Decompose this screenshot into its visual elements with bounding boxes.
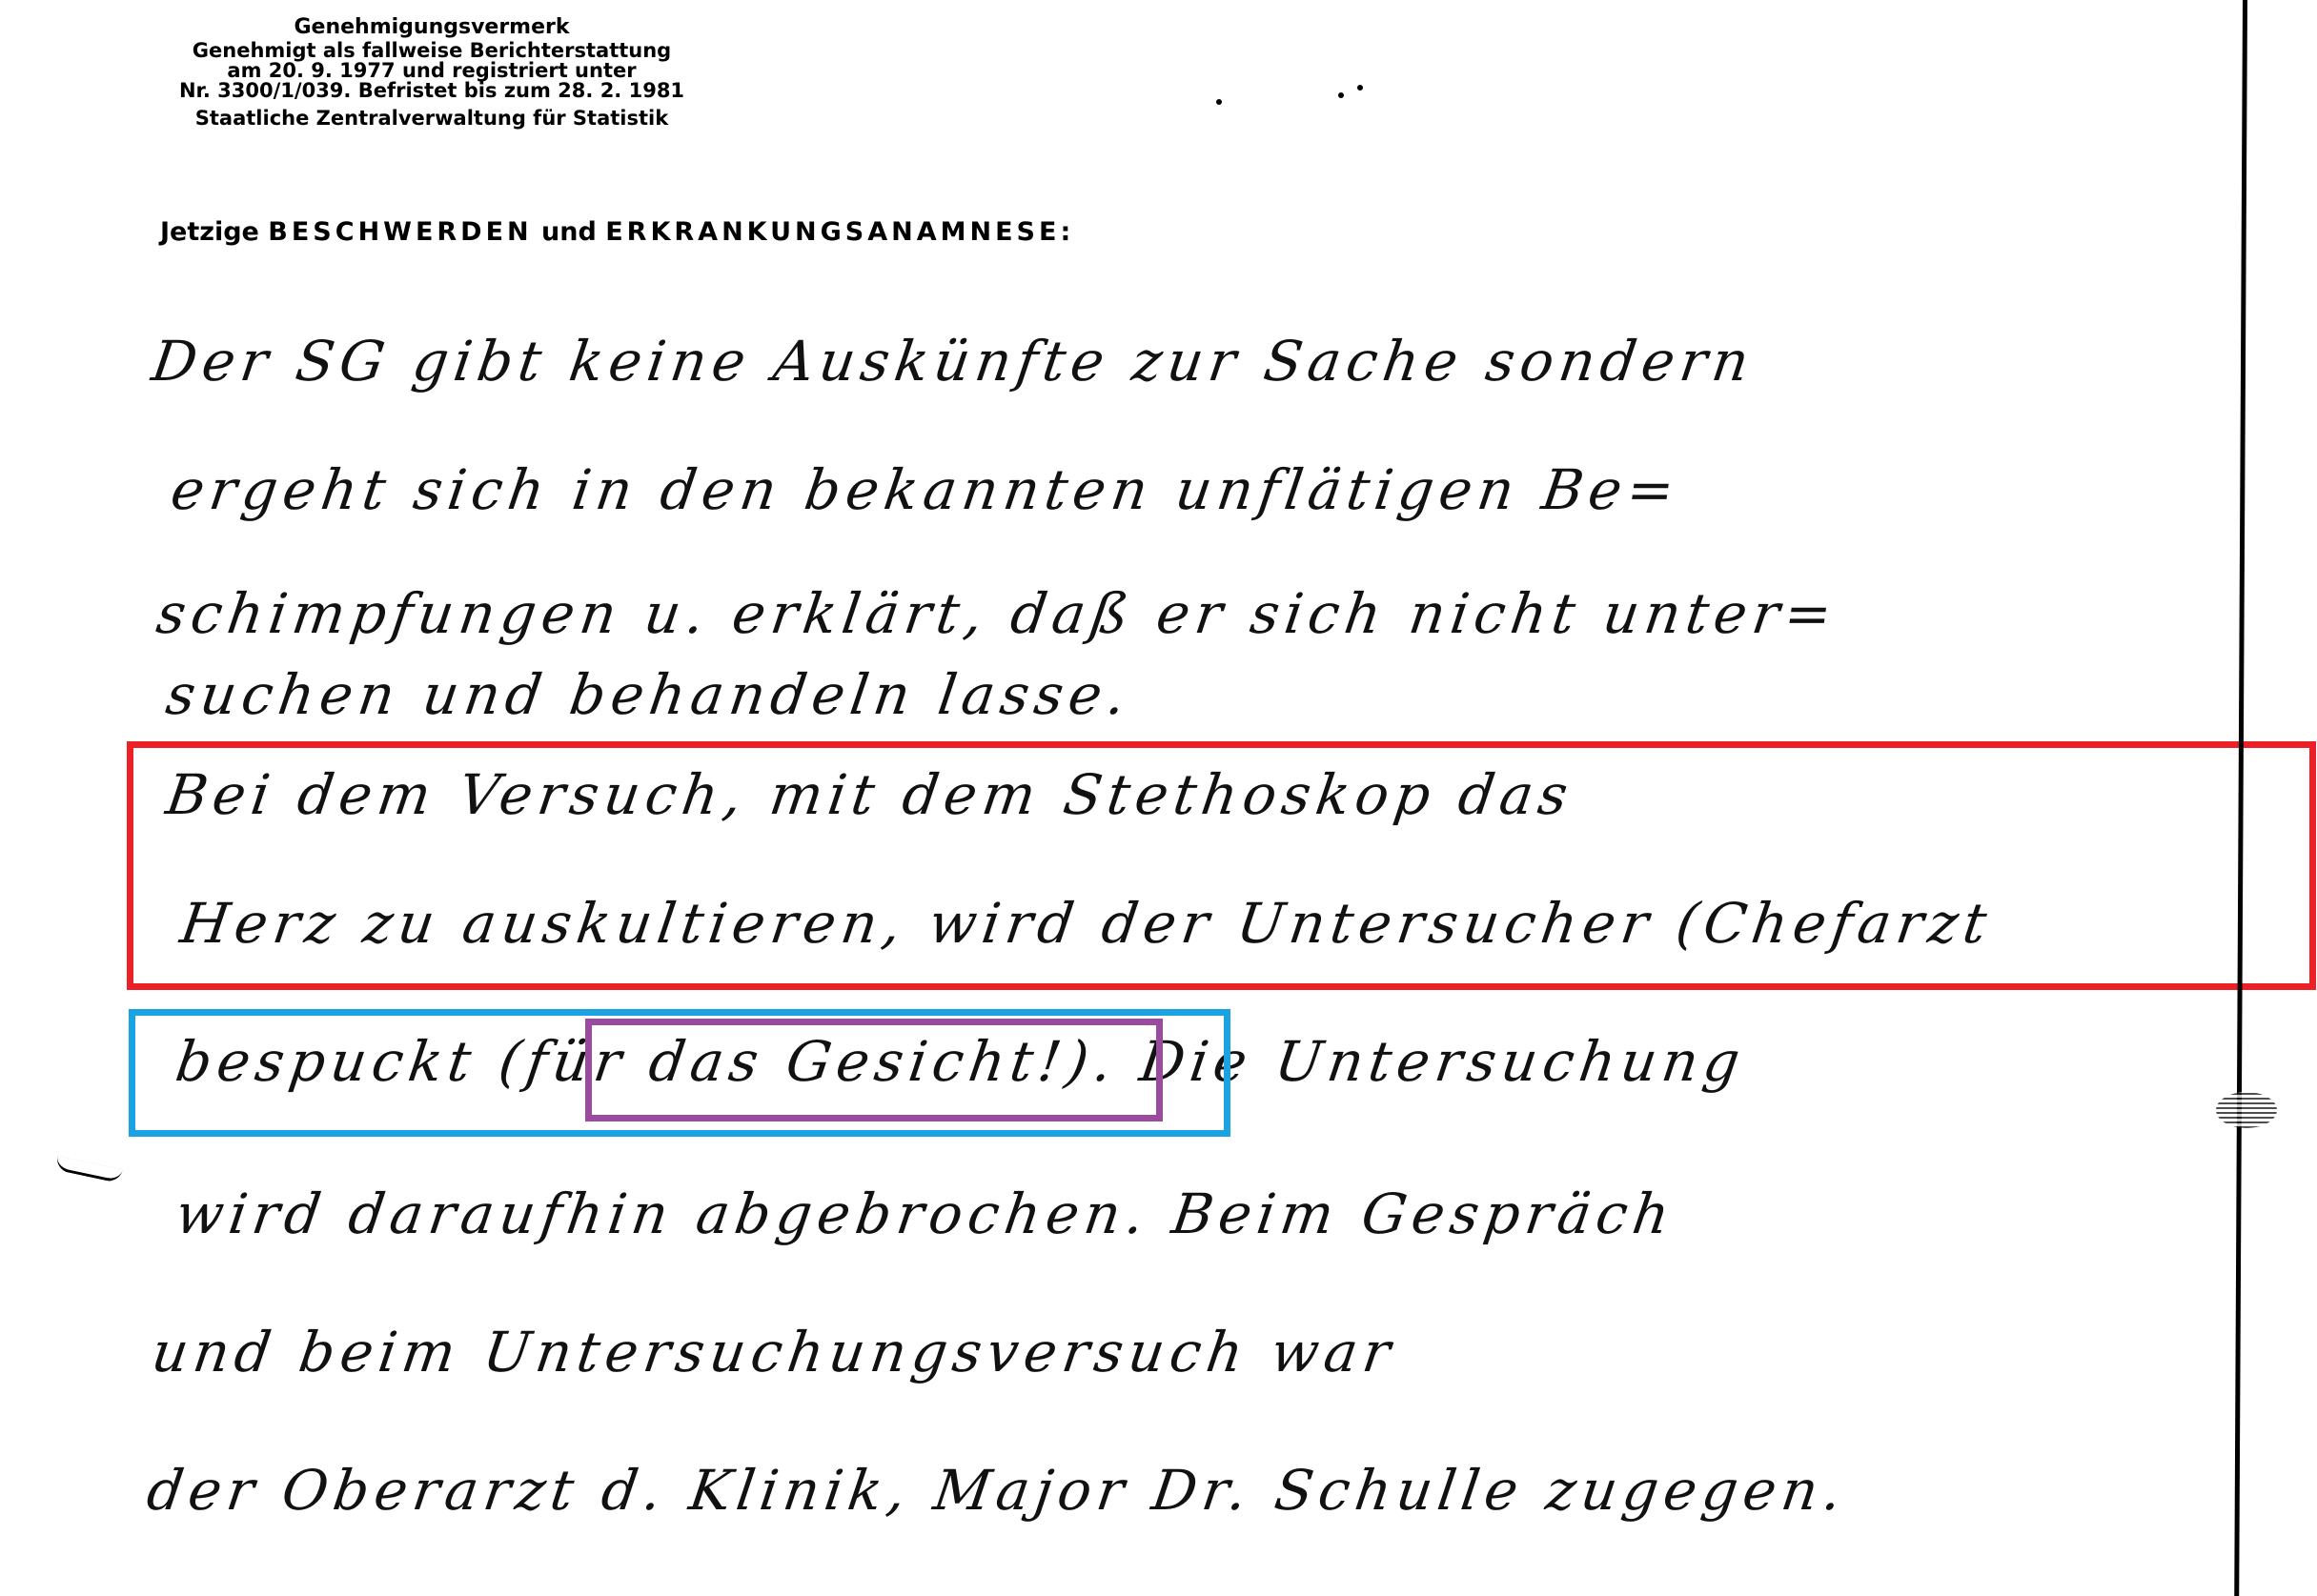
handwritten-line: suchen und behandeln lasse.	[162, 662, 1135, 727]
handwritten-line: ergeht sich in den bekannten unflätigen …	[167, 457, 1684, 522]
heading-part2: ERKRANKUNGSANAMNESE:	[605, 217, 1074, 247]
heading-part1: BESCHWERDEN	[268, 217, 532, 247]
handwritten-line: der Oberarzt d. Klinik, Major Dr. Schull…	[143, 1458, 1851, 1523]
stamp-line: Genehmigt als fallweise Berichterstattun…	[160, 41, 703, 61]
annotation-box-purple	[585, 1019, 1163, 1121]
stamp-title: Genehmigungsvermerk	[160, 13, 703, 41]
stamp-authority: Staatliche Zentralverwaltung für Statist…	[160, 101, 703, 135]
stamp-line: Nr. 3300/1/039. Befristet bis zum 28. 2.…	[160, 81, 703, 101]
heading-prefix: Jetzige	[160, 217, 259, 247]
handwritten-line: und beim Untersuchungsversuch war	[148, 1320, 1400, 1384]
ink-speck	[1357, 85, 1363, 91]
annotation-box-red	[127, 741, 2316, 990]
handwritten-line: schimpfungen u. erklärt, daß er sich nic…	[152, 581, 1841, 646]
handwritten-line: wird daraufhin abgebrochen. Beim Gespräc…	[172, 1182, 1679, 1246]
punch-hole-mark	[2216, 1092, 2277, 1128]
margin-check-mark	[54, 1156, 123, 1183]
ink-speck	[1216, 99, 1222, 105]
handwritten-line: Der SG gibt keine Auskünfte zur Sache so…	[148, 329, 1758, 394]
approval-stamp: Genehmigungsvermerk Genehmigt als fallwe…	[160, 13, 703, 135]
ink-speck	[1338, 92, 1344, 98]
heading-connector: und	[541, 217, 597, 247]
section-heading: Jetzige BESCHWERDEN und ERKRANKUNGSANAMN…	[160, 217, 1074, 247]
stamp-line: am 20. 9. 1977 und registriert unter	[160, 61, 703, 81]
